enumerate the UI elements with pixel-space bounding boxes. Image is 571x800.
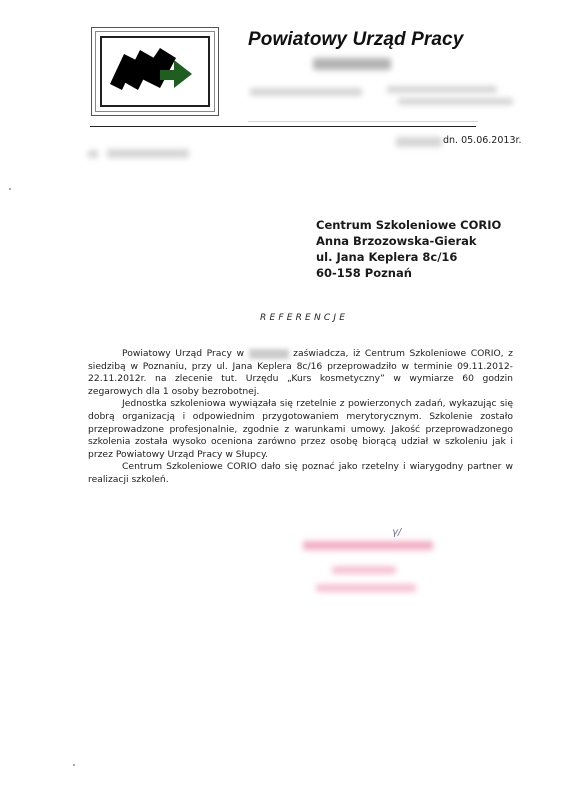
redacted-stamp-line-1 (303, 541, 433, 550)
cards-with-arrow-logo-icon (102, 38, 208, 105)
organization-name: Powiatowy Urząd Pracy (248, 29, 463, 51)
recipient-line-3: ul. Jana Keplera 8c/16 (316, 249, 501, 265)
redacted-city (313, 58, 391, 70)
redacted-stamp-line-3 (316, 584, 416, 592)
header-rule (90, 126, 476, 127)
redacted-reference-prefix (88, 150, 98, 158)
recipient-line-1: Centrum Szkoleniowe CORIO (316, 217, 501, 233)
paragraph-1: Powiatowy Urząd Pracy w zaświadcza, iż C… (88, 348, 513, 398)
paragraph-2: Jednostka szkoleniowa wywiązała się rzet… (88, 398, 513, 461)
scan-speck (73, 764, 75, 766)
redacted-place (396, 137, 442, 147)
document-date: dn. 05.06.2013r. (443, 135, 522, 146)
header-rule-faint (248, 121, 478, 122)
redacted-contact-1 (387, 86, 497, 93)
signature-mark: γ/ (392, 527, 401, 538)
redacted-address (250, 88, 362, 96)
paragraph-3: Centrum Szkoleniowe CORIO dało się pozna… (88, 461, 513, 486)
recipient-line-2: Anna Brzozowska-Gierak (316, 233, 501, 249)
letter-body: Powiatowy Urząd Pracy w zaświadcza, iż C… (88, 348, 513, 487)
redacted-reference-number (107, 149, 189, 158)
redacted-city-inline (249, 349, 289, 359)
paragraph-1-start: Powiatowy Urząd Pracy w (122, 348, 244, 359)
scan-speck (9, 188, 11, 190)
recipient-address: Centrum Szkoleniowe CORIO Anna Brzozowsk… (316, 217, 501, 281)
document-title: REFERENCJE (260, 313, 348, 323)
recipient-line-4: 60-158 Poznań (316, 265, 501, 281)
redacted-stamp-line-2 (332, 566, 396, 574)
redacted-contact-2 (398, 98, 513, 105)
